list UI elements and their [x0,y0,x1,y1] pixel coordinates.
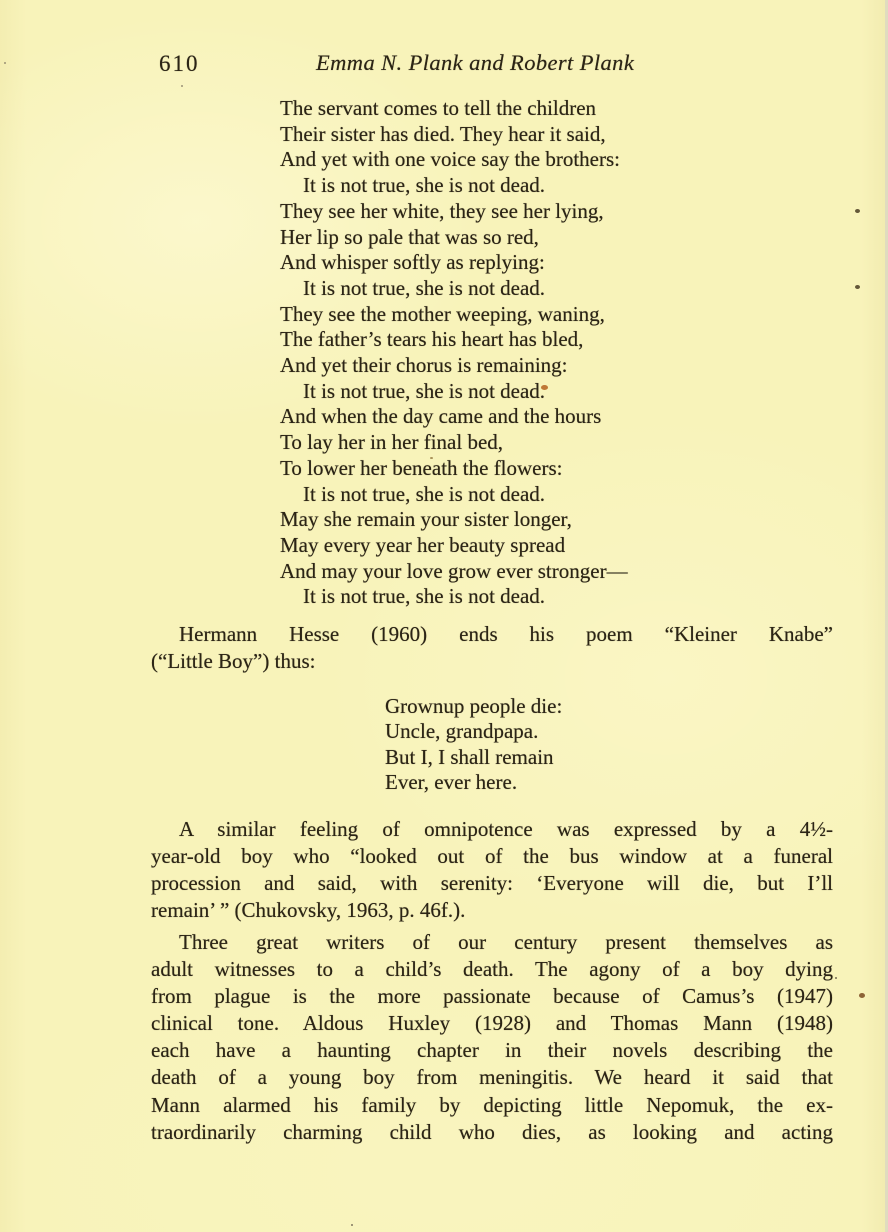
poem-line: To lay her in her final bed, [280,430,628,456]
scan-speck [855,209,860,213]
poem-line: May every year her beauty spread [280,533,628,559]
scan-speck [351,1224,353,1226]
paragraph-line: year-old boy who “looked out of the bus … [151,843,833,870]
scan-speck [430,457,433,459]
paragraph-line: Three great writers of our century prese… [151,929,833,956]
poem-line: They see her white, they see her lying, [280,199,628,225]
paragraph-line: Mann alarmed his family by depicting lit… [151,1092,833,1119]
poem-line: The father’s tears his heart has bled, [280,327,628,353]
poem-line: They see the mother weeping, waning, [280,302,628,328]
poem-line: Uncle, grandpapa. [385,719,562,744]
page-number: 610 [159,51,200,77]
paragraph-line: procession and said, with serenity: ‘Eve… [151,870,833,897]
scan-speck [541,385,548,390]
writers-paragraph: Three great writers of our century prese… [151,929,833,1146]
scan-speck [4,62,6,64]
paragraph-line: traordinarily charming child who dies, a… [151,1119,833,1146]
poem-line: Their sister has died. They hear it said… [280,122,628,148]
poem-line: It is not true, she is not dead. [280,173,628,199]
rueckert-poem-block: The servant comes to tell the childrenTh… [280,96,628,610]
poem-line: Ever, ever here. [385,770,562,795]
poem-line: It is not true, she is not dead. [280,584,628,610]
scan-speck [181,85,183,87]
poem-line: And whisper softly as replying: [280,250,628,276]
poem-line: May she remain your sister longer, [280,507,628,533]
omnipotence-paragraph: A similar feeling of omnipotence was exp… [151,816,833,924]
scan-speck [835,977,837,979]
paragraph-line: clinical tone. Aldous Huxley (1928) and … [151,1010,833,1037]
paragraph-line: Hermann Hesse (1960) ends his poem “Klei… [151,621,833,648]
poem-line: Her lip so pale that was so red, [280,225,628,251]
running-head-title: Emma N. Plank and Robert Plank [316,50,634,76]
hesse-intro-paragraph: Hermann Hesse (1960) ends his poem “Klei… [151,621,833,674]
scan-speck [855,285,860,289]
paragraph-line: from plague is the more passionate becau… [151,983,833,1010]
poem-line: But I, I shall remain [385,745,562,770]
poem-line: To lower her beneath the flowers: [280,456,628,482]
hesse-poem-block: Grownup people die:Uncle, grandpapa.But … [385,694,562,795]
poem-line: And may your love grow ever stronger— [280,559,628,585]
poem-line: The servant comes to tell the children [280,96,628,122]
paragraph-line: A similar feeling of omnipotence was exp… [151,816,833,843]
paragraph-line: adult witnesses to a child’s death. The … [151,956,833,983]
poem-line: And yet their chorus is remaining: [280,353,628,379]
scan-speck [859,993,865,998]
poem-line: And yet with one voice say the brothers: [280,147,628,173]
poem-line: It is not true, she is not dead. [280,482,628,508]
paragraph-line: death of a young boy from meningitis. We… [151,1064,833,1091]
poem-line: And when the day came and the hours [280,404,628,430]
poem-line: It is not true, she is not dead. [280,276,628,302]
paragraph-line: (“Little Boy”) thus: [151,648,833,675]
poem-line: Grownup people die: [385,694,562,719]
poem-line: It is not true, she is not dead. [280,379,628,405]
scanned-page: 610 Emma N. Plank and Robert Plank The s… [0,0,888,1232]
paragraph-line: each have a haunting chapter in their no… [151,1037,833,1064]
paragraph-line: remain’ ” (Chukovsky, 1963, p. 46f.). [151,897,833,924]
